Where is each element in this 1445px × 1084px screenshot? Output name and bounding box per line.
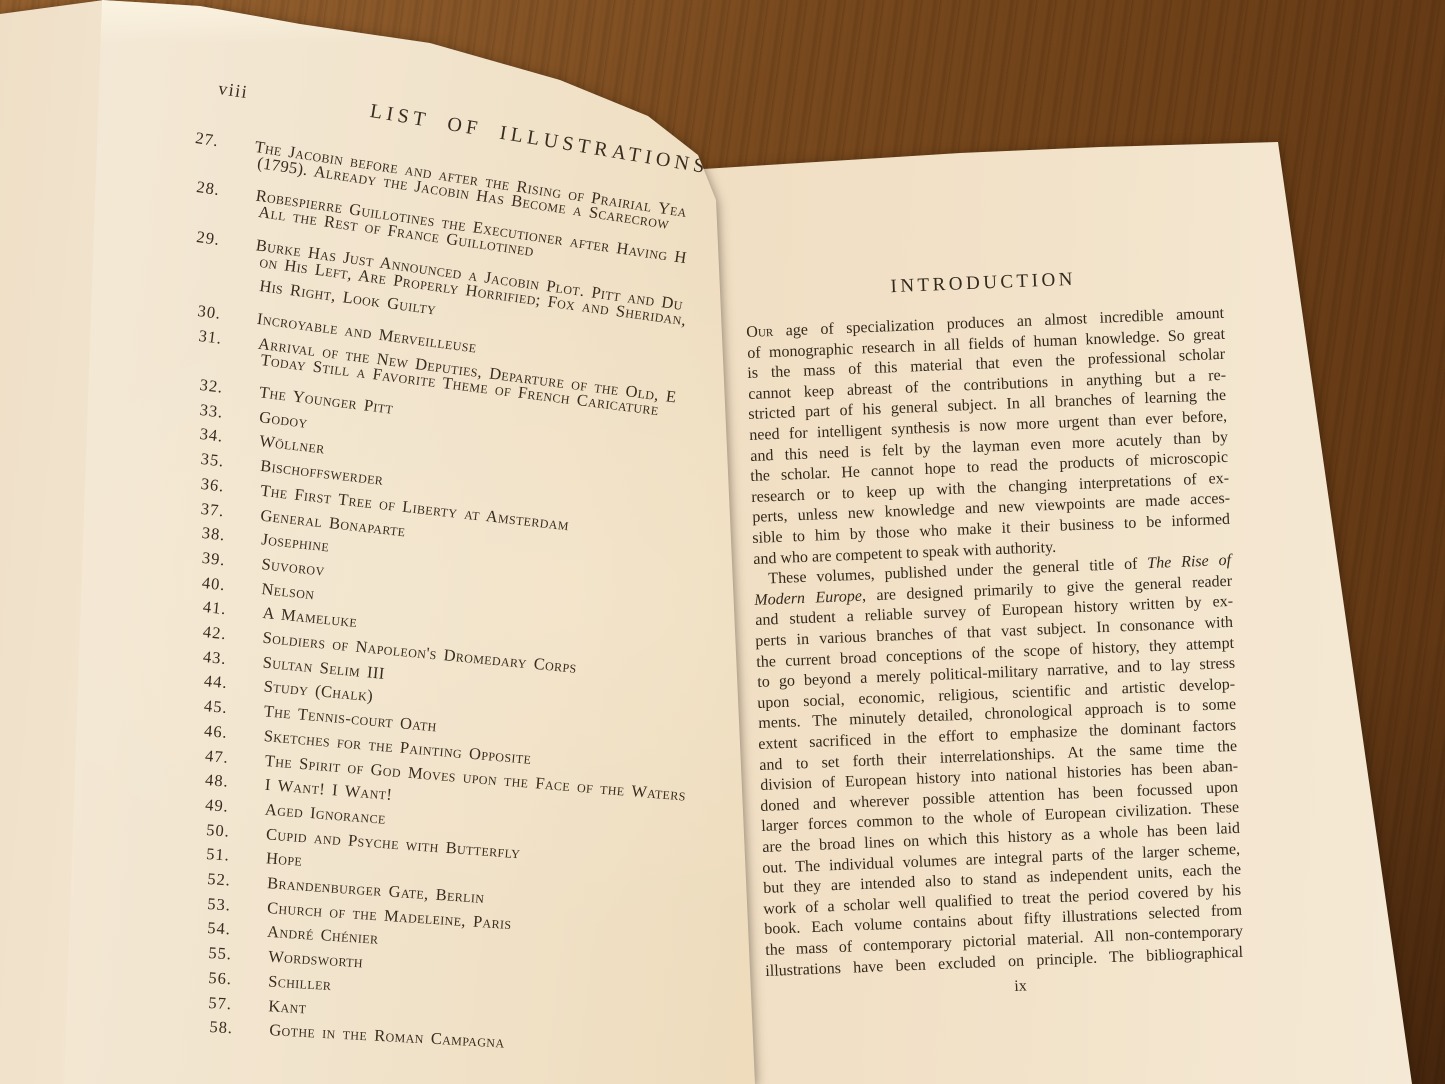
- list-item-number: 54.: [207, 918, 268, 942]
- list-item-number: 57.: [208, 993, 269, 1016]
- list-item-number: 55.: [207, 943, 268, 967]
- list-item-number: 52.: [206, 869, 267, 893]
- left-page-number: viii: [217, 78, 250, 103]
- list-item-text: Hope: [266, 849, 303, 871]
- book-photo: INTRODUCTION Our age of specialization p…: [0, 0, 1445, 1084]
- list-item-number: 56.: [208, 968, 269, 991]
- list-item-number: 58.: [209, 1017, 270, 1040]
- list-item-number: 50.: [205, 820, 266, 844]
- left-page-shadow-wrap: viii List of Illustrations 27.The Jacobi…: [0, 0, 1445, 1084]
- list-item-number: 53.: [207, 894, 268, 918]
- list-item-text: Schiller: [268, 971, 332, 994]
- list-item-text: Kant: [268, 996, 307, 1017]
- left-page: viii List of Illustrations 27.The Jacobi…: [0, 0, 1445, 1084]
- list-item-number: 47.: [204, 746, 265, 771]
